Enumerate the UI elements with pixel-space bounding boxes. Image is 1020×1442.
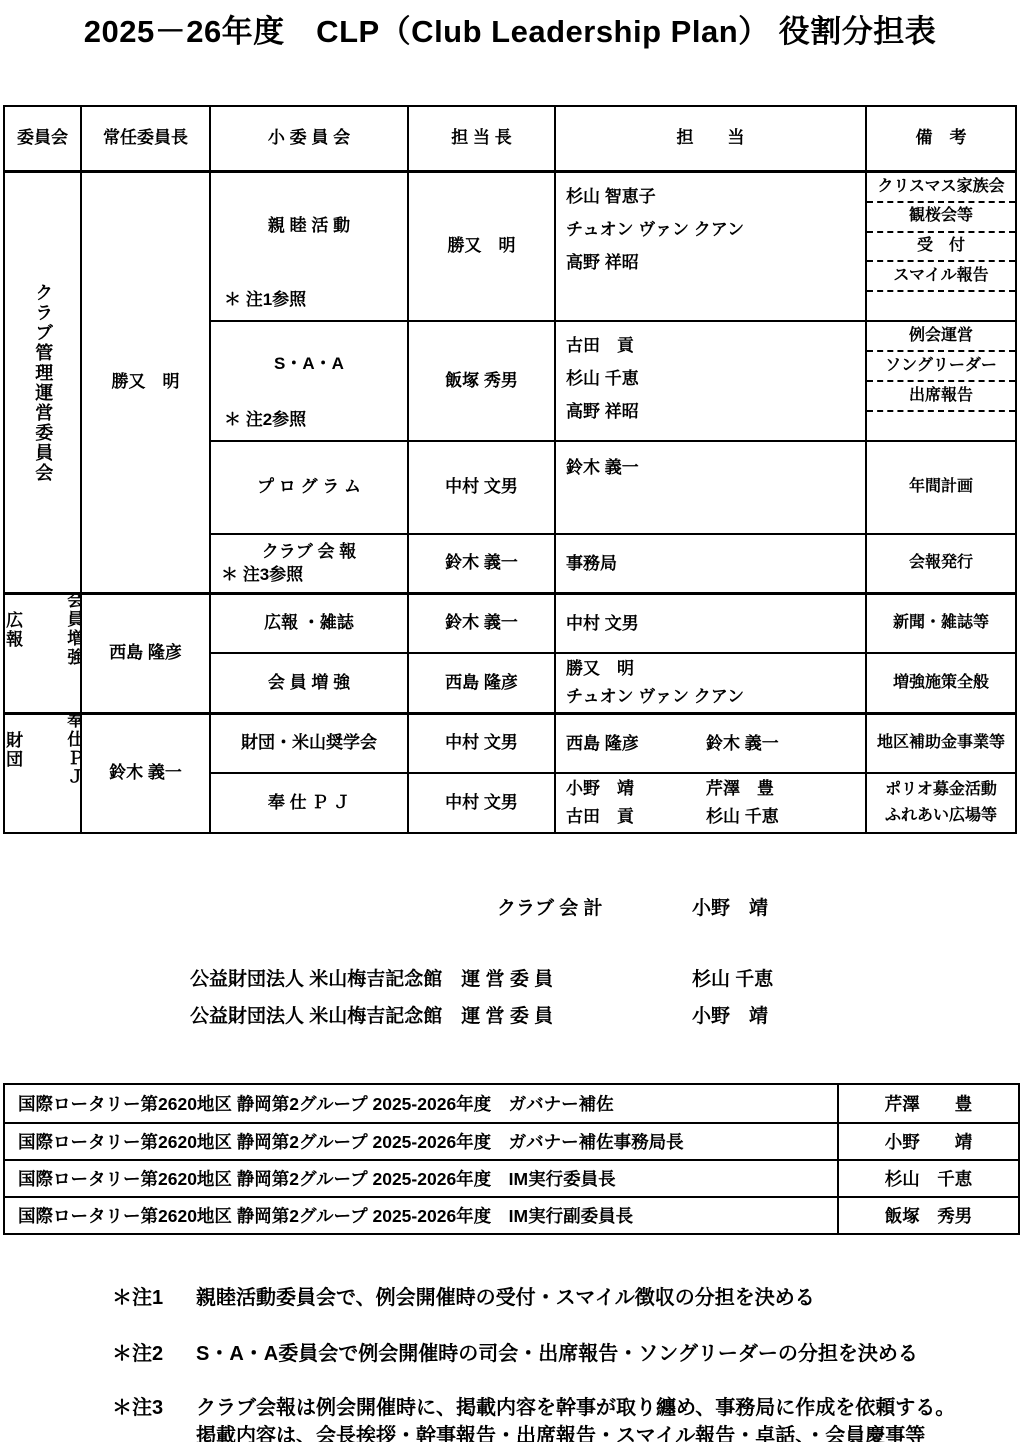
club-accountant-name: 小野 靖 — [692, 893, 768, 920]
lead-cell: 鈴木 義一 — [407, 592, 554, 652]
member-name: 古田 貢 — [566, 803, 706, 831]
note-3: ＊注3 クラブ会報は例会開催時に、掲載内容を幹事が取り纏め、事務局に作成を依頼す… — [112, 1391, 955, 1420]
remark-item: 観桜会等 — [867, 203, 1015, 233]
note-3-text-line2: 掲載内容は、会長挨拶・幹事報告・出席報告・スマイル報告・卓話、・会員慶事等 — [196, 1419, 925, 1442]
district-name: 飯塚 秀男 — [837, 1196, 1018, 1233]
yoneyama-committee-role-2: 公益財団法人 米山梅吉記念館 運 営 委 員 — [190, 1001, 553, 1028]
subcommittee-label: クラブ 会 報 — [211, 541, 407, 563]
committee-label-line2: 広報 — [5, 592, 22, 712]
header-chair: 常任委員長 — [80, 107, 209, 170]
club-accountant-role: クラブ 会 計 — [497, 893, 603, 920]
subcommittee-label: 親 睦 活 動 — [211, 215, 407, 237]
subcommittee-kaiho: クラブ 会 報 ＊ 注3参照 — [209, 533, 407, 592]
member-name: 小野 靖 — [566, 775, 706, 803]
note-1: ＊注1 親睦活動委員会で、例会開催時の受付・スマイル徴収の分担を決める — [112, 1281, 815, 1310]
subcommittee-hoshi-pj: 奉 仕 Ｐ Ｊ — [209, 772, 407, 832]
remark-item-empty — [867, 412, 1015, 440]
subcommittee-label: S・A・A — [211, 353, 407, 375]
lead-cell: 中村 文男 — [407, 712, 554, 772]
member-name: 高野 祥昭 — [566, 246, 865, 279]
subcommittee-program: プ ロ グ ラ ム — [209, 440, 407, 533]
subcommittee-koho: 広報 ・雑誌 — [209, 592, 407, 652]
yoneyama-committee-role-1: 公益財団法人 米山梅吉記念館 運 営 委 員 — [190, 964, 553, 991]
remark-item: ソングリーダー — [867, 352, 1015, 382]
committee-club-management: クラブ管理運営委員会 — [5, 170, 80, 592]
remarks-cell: 年間計画 — [865, 440, 1015, 533]
subcommittee-saa: S・A・A ＊ 注2参照 — [209, 320, 407, 440]
district-role: 国際ロータリー第2620地区 静岡第2グループ 2025-2026年度 IM実行… — [5, 1196, 837, 1233]
district-role: 国際ロータリー第2620地区 静岡第2グループ 2025-2026年度 ガバナー… — [5, 1085, 837, 1122]
lead-cell: 中村 文男 — [407, 440, 554, 533]
committee-label-line1: 奉仕ＰＪ — [63, 712, 80, 832]
members-cell: 勝又 明 チュオン ヴァン クアン — [554, 652, 865, 712]
committee-label-line1: 会員増強 — [63, 592, 80, 712]
header-lead: 担 当 長 — [407, 107, 554, 170]
lead-cell: 中村 文男 — [407, 772, 554, 832]
remark-item: ポリオ募金活動 — [885, 777, 997, 803]
remarks-cell: 地区補助金事業等 — [865, 712, 1015, 772]
members-cell: 小野 靖 芹澤 豊 古田 貢 杉山 千恵 — [554, 772, 865, 832]
district-role: 国際ロータリー第2620地区 静岡第2グループ 2025-2026年度 IM実行… — [5, 1159, 837, 1196]
note-2-label: ＊注2 — [112, 1337, 196, 1366]
note-reference: ＊ 注3参照 — [211, 564, 407, 586]
remarks-cell: 新聞・雑誌等 — [865, 592, 1015, 652]
remarks-cell: 増強施策全般 — [865, 652, 1015, 712]
member-name: 西島 隆彦 — [566, 730, 706, 758]
chair-katsumata: 勝又 明 — [80, 170, 209, 592]
member-name: 鈴木 義一 — [706, 730, 779, 758]
district-roles-table: 国際ロータリー第2620地区 静岡第2グループ 2025-2026年度 ガバナー… — [3, 1083, 1020, 1235]
note-1-label: ＊注1 — [112, 1281, 196, 1310]
chair-nishijima: 西島 隆彦 — [80, 592, 209, 712]
note-2: ＊注2 S・A・A委員会で例会開催時の司会・出席報告・ソングリーダーの分担を決め… — [112, 1337, 918, 1366]
members-cell: 西島 隆彦 鈴木 義一 — [554, 712, 865, 772]
subcommittee-zokyo: 会 員 増 強 — [209, 652, 407, 712]
yoneyama-committee-name-1: 杉山 千恵 — [692, 964, 773, 991]
committee-service-foundation: 奉仕ＰＪ 財団 — [5, 712, 80, 832]
note-3-text: クラブ会報は例会開催時に、掲載内容を幹事が取り纏め、事務局に作成を依頼する。 — [196, 1391, 955, 1420]
member-name: 杉山 千恵 — [566, 362, 865, 395]
members-cell: 杉山 智恵子 チュオン ヴァン クアン 高野 祥昭 — [554, 170, 865, 320]
header-remarks: 備 考 — [865, 107, 1015, 170]
yoneyama-committee-name-2: 小野 靖 — [692, 1001, 768, 1028]
remark-item: 出席報告 — [867, 382, 1015, 412]
note-3-label: ＊注3 — [112, 1391, 196, 1420]
subcommittee-zaidan: 財団・米山奨学会 — [209, 712, 407, 772]
member-name: 中村 文男 — [566, 610, 865, 638]
note-reference: ＊ 注1参照 — [224, 289, 306, 311]
header-committee: 委員会 — [5, 107, 80, 170]
note-reference: ＊ 注2参照 — [224, 409, 306, 431]
header-assigned: 担 当 — [554, 107, 865, 170]
remark-item: 例会運営 — [867, 322, 1015, 352]
remarks-cell: クリスマス家族会 観桜会等 受 付 スマイル報告 — [865, 170, 1015, 320]
member-name: 古田 貢 — [566, 329, 865, 362]
district-name: 小野 靖 — [837, 1122, 1018, 1159]
members-cell: 中村 文男 — [554, 592, 865, 652]
subcommittee-shinboku: 親 睦 活 動 ＊ 注1参照 — [209, 170, 407, 320]
member-name: 杉山 千恵 — [706, 803, 779, 831]
role-assignment-table: 委員会 常任委員長 小 委 員 会 担 当 長 担 当 備 考 クラブ管理運営委… — [3, 105, 1017, 834]
district-name: 芹澤 豊 — [837, 1085, 1018, 1122]
note-2-text: S・A・A委員会で例会開催時の司会・出席報告・ソングリーダーの分担を決める — [196, 1337, 918, 1366]
member-name: チュオン ヴァン クアン — [566, 683, 865, 711]
lead-cell: 鈴木 義一 — [407, 533, 554, 592]
members-cell: 鈴木 義一 — [554, 440, 865, 533]
member-name: 芹澤 豊 — [706, 775, 774, 803]
chair-suzuki: 鈴木 義一 — [80, 712, 209, 832]
remark-item: クリスマス家族会 — [867, 173, 1015, 203]
remark-item: スマイル報告 — [867, 262, 1015, 292]
remark-item: ふれあい広場等 — [885, 803, 997, 829]
remark-item-empty — [867, 292, 1015, 320]
remarks-cell: ポリオ募金活動 ふれあい広場等 — [865, 772, 1015, 832]
district-role: 国際ロータリー第2620地区 静岡第2グループ 2025-2026年度 ガバナー… — [5, 1122, 837, 1159]
member-name: 鈴木 義一 — [566, 454, 865, 482]
remarks-cell: 会報発行 — [865, 533, 1015, 592]
member-name: 杉山 智恵子 — [566, 180, 865, 213]
members-cell: 古田 貢 杉山 千恵 高野 祥昭 — [554, 320, 865, 440]
committee-membership-pr: 会員増強 広報 — [5, 592, 80, 712]
header-subcommittee: 小 委 員 会 — [209, 107, 407, 170]
committee-label-line2: 財団 — [5, 712, 22, 832]
member-name: 高野 祥昭 — [566, 395, 865, 428]
note-1-text: 親睦活動委員会で、例会開催時の受付・スマイル徴収の分担を決める — [196, 1281, 815, 1310]
remark-item: 受 付 — [867, 233, 1015, 263]
lead-cell: 西島 隆彦 — [407, 652, 554, 712]
committee-label: クラブ管理運営委員会 — [32, 283, 54, 483]
lead-cell: 飯塚 秀男 — [407, 320, 554, 440]
district-name: 杉山 千恵 — [837, 1159, 1018, 1196]
member-name: 勝又 明 — [566, 655, 865, 683]
page-title: 2025－26年度 CLP（Club Leadership Plan） 役割分担… — [0, 6, 1020, 51]
remarks-cell: 例会運営 ソングリーダー 出席報告 — [865, 320, 1015, 440]
members-cell: 事務局 — [554, 533, 865, 592]
member-name: 事務局 — [566, 550, 865, 578]
member-name: チュオン ヴァン クアン — [566, 213, 865, 246]
lead-cell: 勝又 明 — [407, 170, 554, 320]
